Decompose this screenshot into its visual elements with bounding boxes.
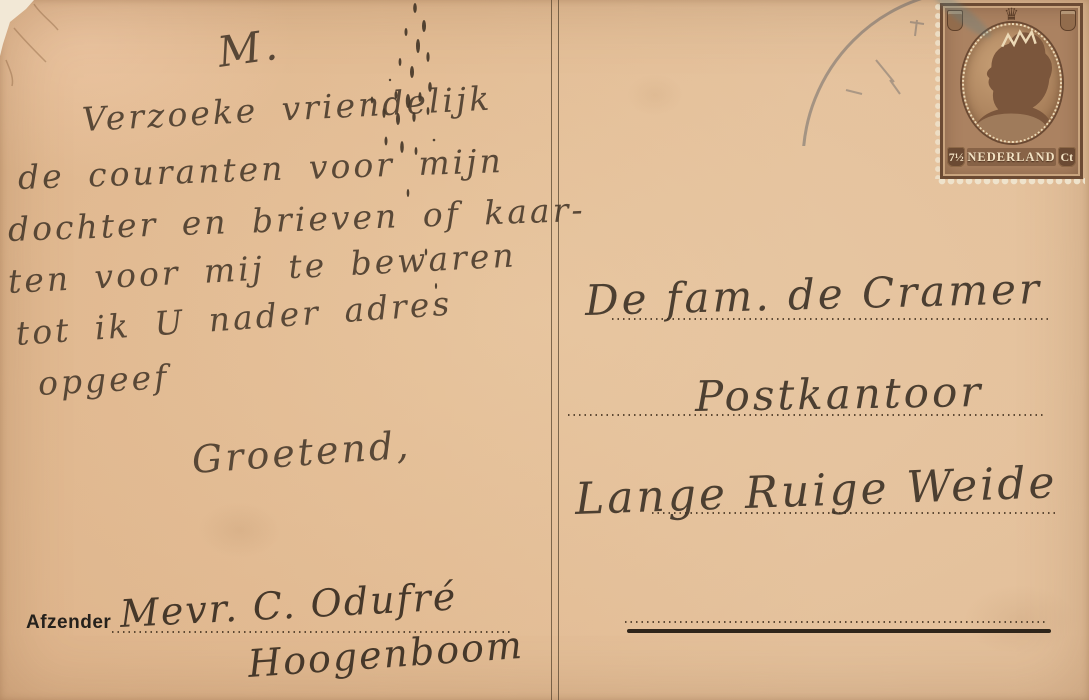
postage-stamp: ♛ 7½ NEDERLAND Ct	[938, 3, 1085, 187]
stamp-inscription-band: 7½ NEDERLAND Ct	[947, 146, 1076, 168]
address-bottom-rule	[627, 629, 1051, 633]
coat-of-arms-right-icon	[1060, 10, 1076, 31]
sender-label: Afzender	[26, 612, 111, 634]
address-line-3: Lange Ruige Weide	[574, 457, 1058, 525]
postcard-back: M. Verzoeke vriendelijk de couranten voo…	[0, 0, 1089, 700]
sender-name: Mevr. C. Odufré	[119, 574, 458, 636]
portrait-frame	[962, 23, 1062, 143]
stamp-perforation-bottom	[938, 178, 1085, 187]
center-divider-rule	[551, 0, 559, 700]
address-line-2: Postkantoor	[695, 367, 984, 421]
message-closing: Groetend,	[190, 423, 412, 482]
stamp-country: NEDERLAND	[967, 148, 1055, 166]
stamp-denomination: 7½	[947, 147, 965, 167]
stamp-design: ♛ 7½ NEDERLAND Ct	[940, 3, 1083, 179]
address-line-1: De fam. de Cramer	[584, 264, 1042, 325]
queen-portrait-icon	[964, 25, 1060, 141]
message-line: opgeef	[37, 357, 170, 403]
address-dotted-line-4	[625, 621, 1047, 623]
stamp-currency: Ct	[1058, 147, 1076, 167]
crown-icon: ♛	[1004, 6, 1019, 23]
message-salutation: M.	[215, 20, 284, 77]
